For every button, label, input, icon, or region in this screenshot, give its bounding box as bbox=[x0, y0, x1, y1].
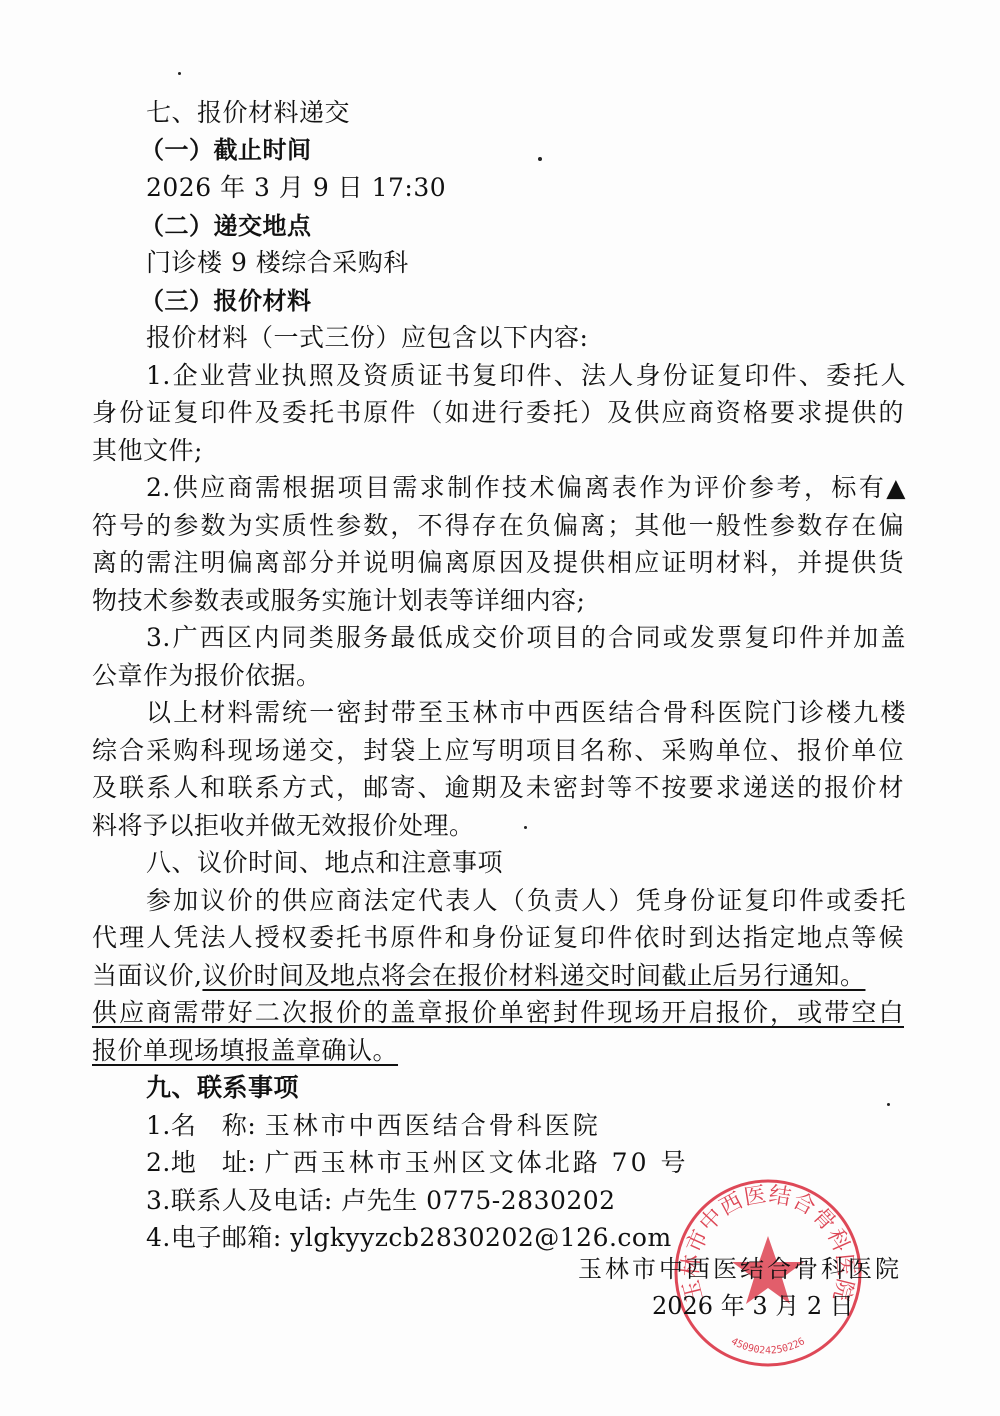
section-8-line4-underlined: 供应商需带好二次报价的盖章报价单密封件现场开启报价，或带空白 bbox=[92, 996, 904, 1030]
location-value: 门诊楼 9 楼综合采购科 bbox=[146, 246, 409, 280]
contact-email-value[interactable]: ylgkyyzcb2830202@126.com bbox=[290, 1223, 671, 1252]
item1-line: 身份证复印件及委托书原件（如进行委托）及供应商资格要求提供的 bbox=[92, 396, 904, 430]
signature-organization: 玉林市中西医结合骨科医院 bbox=[578, 1252, 902, 1286]
item1-line: 其他文件; bbox=[92, 434, 203, 468]
sealing-note-line: 料将予以拒收并做无效报价处理。 bbox=[92, 809, 475, 843]
item3-line: 公章作为报价依据。 bbox=[92, 659, 322, 693]
contact-address-value: 广西玉林市玉州区文体北路 70 号 bbox=[265, 1148, 689, 1177]
item1-line: 1.企业营业执照及资质证书复印件、法人身份证复印件、委托人 bbox=[146, 359, 906, 393]
item2-line: 符号的参数为实质性参数，不得存在负偏离；其他一般性参数存在偏 bbox=[92, 509, 904, 543]
contact-phone-row: 3.联系人及电话: 卢先生 0775-2830202 bbox=[146, 1184, 616, 1218]
contact-name-label: 1.名 称: bbox=[146, 1111, 256, 1140]
deadline-value: 2026 年 3 月 9 日 17:30 bbox=[146, 171, 446, 205]
section-8-line: 当面议价,议价时间及地点将会在报价材料递交时间截止后另行通知。 bbox=[92, 959, 865, 993]
item2-line: 物技术参数表或服务实施计划表等详细内容; bbox=[92, 584, 585, 618]
section-8-line: 代理人凭法人授权委托书原件和身份证复印件依时到达指定地点等候 bbox=[92, 921, 904, 955]
stamp-code: 4509024250226 bbox=[729, 1336, 807, 1356]
subsection-deadline-title: （一）截止时间 bbox=[140, 133, 312, 167]
section-8-line3-underlined: 议价时间及地点将会在报价材料递交时间截止后另行通知。 bbox=[202, 961, 865, 990]
contact-address-label: 2.地 址: bbox=[146, 1148, 256, 1177]
document-page: 七、报价材料递交 （一）截止时间 2026 年 3 月 9 日 17:30 （二… bbox=[0, 0, 1000, 1416]
section-8-line5-underlined: 报价单现场填报盖章确认。 bbox=[92, 1034, 398, 1068]
sealing-note-line: 以上材料需统一密封带至玉林市中西医结合骨科医院门诊楼九楼 bbox=[146, 696, 906, 730]
scan-speck bbox=[178, 72, 181, 75]
item2-line: 离的需注明偏离部分并说明偏离原因及提供相应证明材料，并提供货 bbox=[92, 546, 904, 580]
section-8-line3-plain: 当面议价, bbox=[92, 961, 202, 990]
signature-date: 2026 年 3 月 2 日 bbox=[652, 1289, 854, 1323]
contact-email-label: 4.电子邮箱: bbox=[146, 1223, 282, 1252]
sealing-note-line: 综合采购科现场递交，封袋上应写明项目名称、采购单位、报价单位 bbox=[92, 734, 904, 768]
scan-speck bbox=[887, 1103, 890, 1106]
contact-email-row: 4.电子邮箱: ylgkyyzcb2830202@126.com bbox=[146, 1221, 672, 1255]
section-9-title: 九、联系事项 bbox=[146, 1071, 299, 1105]
section-8-title: 八、议价时间、地点和注意事项 bbox=[146, 846, 503, 880]
contact-name-value: 玉林市中西医结合骨科医院 bbox=[265, 1111, 601, 1140]
item3-line: 3.广西区内同类服务最低成交价项目的合同或发票复印件并加盖 bbox=[146, 621, 906, 655]
contact-phone-label: 3.联系人及电话: bbox=[146, 1186, 333, 1215]
item2-line: 2.供应商需根据项目需求制作技术偏离表作为评价参考，标有▲ bbox=[146, 471, 906, 505]
scan-speck bbox=[524, 826, 527, 829]
subsection-materials-title: （三）报价材料 bbox=[140, 284, 312, 318]
scan-speck bbox=[538, 157, 542, 161]
contact-address-row: 2.地 址: 广西玉林市玉州区文体北路 70 号 bbox=[146, 1146, 688, 1180]
sealing-note-line: 及联系人和联系方式，邮寄、逾期及未密封等不按要求递送的报价材 bbox=[92, 771, 904, 805]
contact-name-row: 1.名 称: 玉林市中西医结合骨科医院 bbox=[146, 1109, 601, 1143]
subsection-location-title: （二）递交地点 bbox=[140, 209, 312, 243]
section-8-line: 参加议价的供应商法定代表人（负责人）凭身份证复印件或委托 bbox=[146, 884, 906, 918]
contact-phone-value: 卢先生 0775-2830202 bbox=[341, 1186, 615, 1215]
section-7-title: 七、报价材料递交 bbox=[146, 96, 350, 130]
materials-intro: 报价材料（一式三份）应包含以下内容: bbox=[146, 321, 588, 355]
svg-text:4509024250226: 4509024250226 bbox=[729, 1336, 807, 1356]
